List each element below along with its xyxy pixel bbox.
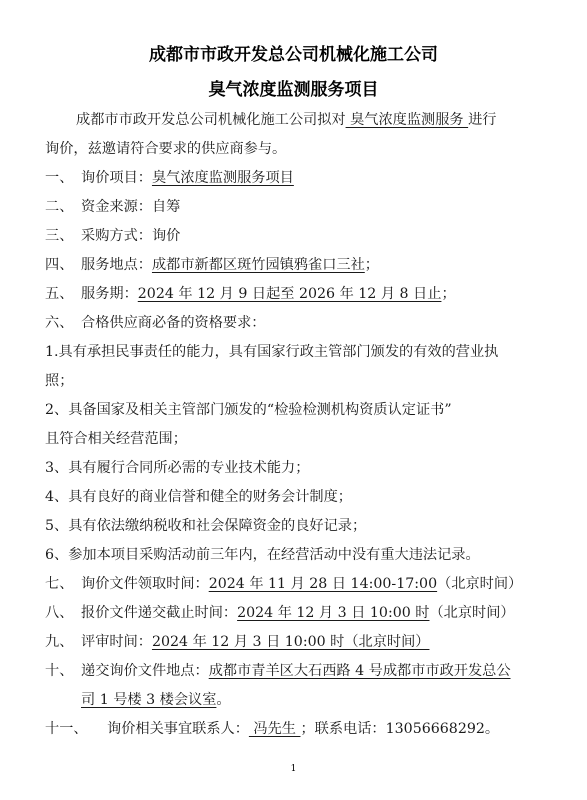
intro-paragraph-line2: 询价，兹邀请符合要求的供应商参与。 [45,139,555,159]
intro-prefix: 成都市市政开发总公司机械化施工公司拟对 [76,112,346,128]
contact-person: 冯先生 [249,721,301,737]
item-number: 十、 [45,661,81,681]
document-page: 成都市市政开发总公司机械化施工公司 臭气浓度监测服务项目 成都市市政开发总公司机… [0,0,587,800]
item-number: 八、 [45,603,81,623]
contact-phone-label: ；联系电话： [300,721,385,737]
item-procurement-method: 三、采购方式：询价 [45,226,555,246]
intro-service-name: 臭气浓度监测服务 [346,112,469,128]
requirement-1-line2: 照； [45,371,555,391]
item-submission-location-line1: 十、递交询价文件地点：成都市青羊区大石西路 4 号成都市市政开发总公 [45,661,555,681]
item-contact: 十一、询价相关事宜联系人： 冯先生 ；联系电话：13056668292。 [45,719,555,739]
item-tail: ； [441,286,455,302]
item-quote-deadline: 八、报价文件递交截止时间：2024 年 12 月 3 日 10:00 时（北京时… [45,603,555,623]
item-inquiry-project: 一、询价项目：臭气浓度监测服务项目 [45,168,555,188]
item-number: 一、 [45,168,81,188]
item-review-time: 九、评审时间：2024 年 12 月 3 日 10:00 时（北京时间） [45,632,555,652]
item-value: 询价 [152,228,180,244]
item-label: 递交询价文件地点： [81,663,209,679]
item-label: 询价项目： [81,170,152,186]
item-value: 2024 年 12 月 9 日起至 2026 年 12 月 8 日止 [138,286,442,302]
item-value: 自筹 [152,199,180,215]
item-label: 采购方式： [81,228,152,244]
item-tail: （北京时间） [429,605,514,621]
item-label: 合格供应商必备的资格要求： [81,315,265,331]
item-number: 三、 [45,226,81,246]
item-service-location: 四、服务地点：成都市新都区斑竹园镇鸦雀口三社； [45,255,555,275]
item-tail: （北京时间） [437,576,522,592]
document-title-line1: 成都市市政开发总公司机械化施工公司 [0,40,587,65]
item-label: 报价文件递交截止时间： [81,605,237,621]
item-value: 成都市青羊区大石西路 4 号成都市市政开发总公 [209,663,511,679]
item-number: 五、 [45,284,81,304]
item-label: 询价文件领取时间： [81,576,209,592]
item-number: 九、 [45,632,81,652]
item-label: 资金来源： [81,199,152,215]
item-number: 七、 [45,574,81,594]
item-value-continued: 司 1 号楼 3 楼会议室 [81,692,216,708]
item-fund-source: 二、资金来源：自筹 [45,197,555,217]
item-submission-location-line2: 司 1 号楼 3 楼会议室。 [81,690,587,710]
page-number: 1 [0,764,587,774]
requirement-2-line1: 2、具备国家及相关主管部门颁发的“检验检测机构资质认定证书” [45,400,555,420]
item-number: 十一、 [45,719,107,739]
item-number: 六、 [45,313,81,333]
item-number: 四、 [45,255,81,275]
item-document-collection-time: 七、询价文件领取时间：2024 年 11 月 28 日 14:00-17:00（… [45,574,555,594]
item-label: 询价相关事宜联系人： [107,721,249,737]
intro-paragraph-line1: 成都市市政开发总公司机械化施工公司拟对 臭气浓度监测服务 进行 [76,110,586,130]
item-label: 服务地点： [81,257,152,273]
item-value: 2024 年 12 月 3 日 10:00 时 [237,605,429,621]
item-value: 2024 年 12 月 3 日 10:00 时（北京时间） [152,634,430,650]
item-label: 评审时间： [81,634,152,650]
requirement-2-line2: 且符合相关经营范围； [45,429,555,449]
item-qualification-heading: 六、合格供应商必备的资格要求： [45,313,555,333]
contact-phone: 13056668292 [386,721,485,737]
item-tail: 。 [485,721,499,737]
item-tail: ； [365,257,379,273]
item-value: 2024 年 11 月 28 日 14:00-17:00 [209,576,437,592]
item-label: 服务期： [81,286,138,302]
item-value: 成都市新都区斑竹园镇鸦雀口三社 [152,257,365,273]
requirement-3: 3、具有履行合同所必需的专业技术能力； [45,458,555,478]
requirement-5: 5、具有依法缴纳税收和社会保障资金的良好记录； [45,516,555,536]
document-title-line2: 臭气浓度监测服务项目 [0,75,587,100]
item-number: 二、 [45,197,81,217]
item-tail: 。 [216,692,230,708]
intro-suffix: 进行 [468,112,496,128]
item-value: 臭气浓度监测服务项目 [152,170,294,186]
requirement-4: 4、具有良好的商业信誉和健全的财务会计制度； [45,487,555,507]
requirement-1-line1: 1.具有承担民事责任的能力，具有国家行政主管部门颁发的有效的营业执 [45,342,555,362]
requirement-6: 6、参加本项目采购活动前三年内，在经营活动中没有重大违法记录。 [45,545,555,565]
item-service-period: 五、服务期：2024 年 12 月 9 日起至 2026 年 12 月 8 日止… [45,284,555,304]
